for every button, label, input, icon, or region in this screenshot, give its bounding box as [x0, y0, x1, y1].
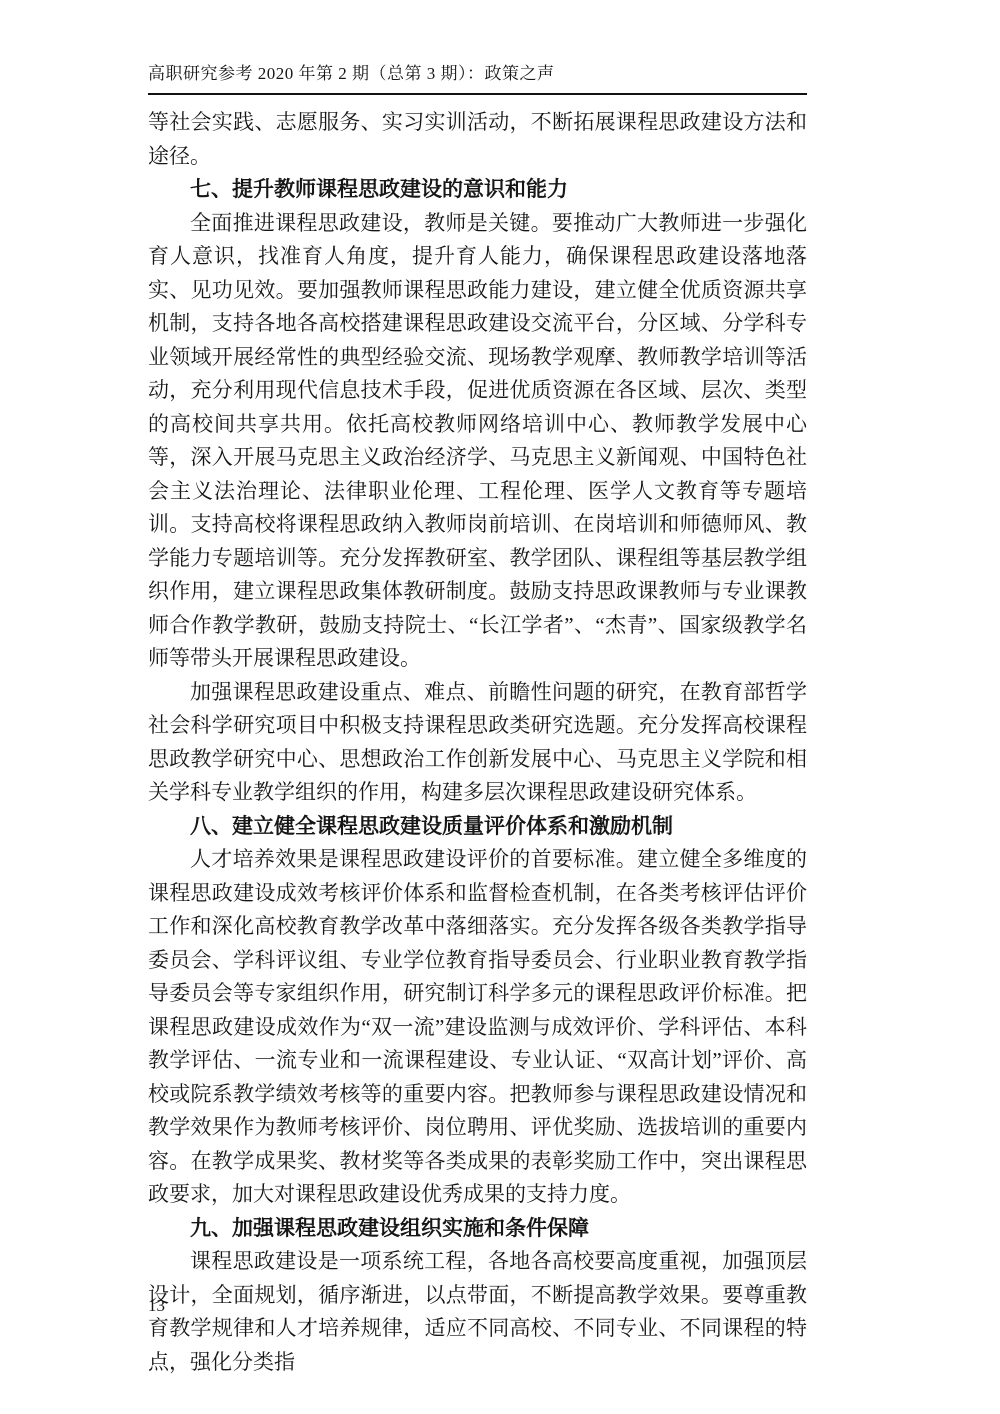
- section-heading-8: 八、建立健全课程思政建设质量评价体系和激励机制: [148, 810, 807, 844]
- section-heading-7: 七、提升教师课程思政建设的意识和能力: [148, 173, 807, 207]
- paragraph: 课程思政建设是一项系统工程，各地各高校要高度重视，加强顶层设计，全面规划，循序渐…: [148, 1245, 807, 1379]
- section-heading-9: 九、加强课程思政建设组织实施和条件保障: [148, 1212, 807, 1246]
- page-number: 13: [148, 1296, 165, 1316]
- page-header: 高职研究参考 2020 年第 2 期（总第 3 期）：政策之声: [148, 59, 807, 95]
- paragraph: 人才培养效果是课程思政建设评价的首要标准。建立健全多维度的课程思政建设成效考核评…: [148, 843, 807, 1212]
- document-body: 等社会实践、志愿服务、实习实训活动，不断拓展课程思政建设方法和途径。 七、提升教…: [148, 106, 807, 1379]
- paragraph-continuation: 等社会实践、志愿服务、实习实训活动，不断拓展课程思政建设方法和途径。: [148, 106, 807, 173]
- journal-header-text: 高职研究参考 2020 年第 2 期（总第 3 期）：政策之声: [148, 59, 807, 84]
- paragraph: 全面推进课程思政建设，教师是关键。要推动广大教师进一步强化育人意识，找准育人角度…: [148, 207, 807, 676]
- document-page: 高职研究参考 2020 年第 2 期（总第 3 期）：政策之声 等社会实践、志愿…: [0, 0, 1000, 1414]
- paragraph: 加强课程思政建设重点、难点、前瞻性问题的研究，在教育部哲学社会科学研究项目中积极…: [148, 676, 807, 810]
- page-footer: 13: [148, 1296, 165, 1316]
